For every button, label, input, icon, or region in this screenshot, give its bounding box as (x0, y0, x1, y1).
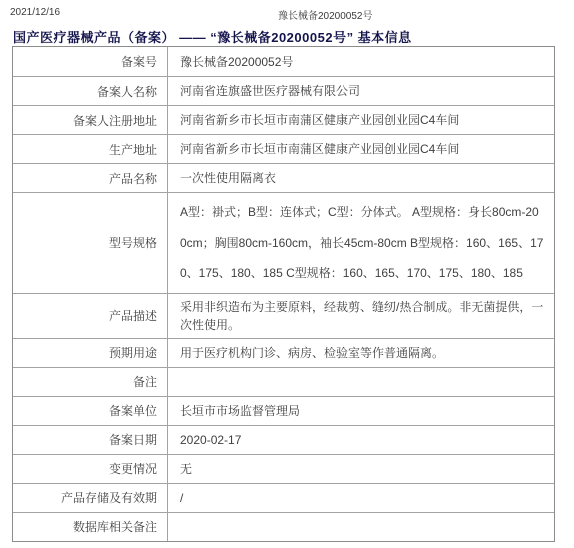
row-value: 豫长械备20200052号 (168, 47, 554, 76)
table-row-product-description: 产品描述 采用非织造布为主要原料，经裁剪、缝纫/热合制成。非无菌提供，一次性使用… (13, 293, 554, 338)
table-row-change-status: 变更情况 无 (13, 454, 554, 483)
row-value: 一次性使用隔离衣 (168, 164, 554, 192)
row-label: 产品描述 (13, 294, 168, 338)
row-value: 河南省新乡市长垣市南蒲区健康产业园创业园C4车间 (168, 135, 554, 163)
row-label: 备案日期 (13, 426, 168, 454)
table-row-remarks: 备注 (13, 367, 554, 396)
table-row-filing-authority: 备案单位 长垣市市场监督管理局 (13, 396, 554, 425)
table-row-filing-date: 备案日期 2020-02-17 (13, 425, 554, 454)
row-value (168, 368, 554, 396)
table-row-registered-address: 备案人注册地址 河南省新乡市长垣市南蒲区健康产业园创业园C4车间 (13, 105, 554, 134)
registration-info-table: 备案号 豫长械备20200052号 备案人名称 河南省连旗盛世医疗器械有限公司 … (12, 46, 555, 542)
print-date: 2021/12/16 (10, 7, 60, 18)
row-value: 无 (168, 455, 554, 483)
table-row-record-number: 备案号 豫长械备20200052号 (13, 47, 554, 76)
table-row-storage-validity: 产品存储及有效期 / (13, 483, 554, 512)
row-label: 预期用途 (13, 339, 168, 367)
page-title: 国产医疗器械产品（备案） —— “豫长械备20200052号” 基本信息 (13, 27, 560, 46)
table-row-database-remarks: 数据库相关备注 (13, 512, 554, 541)
row-label: 变更情况 (13, 455, 168, 483)
row-value: 长垣市市场监督管理局 (168, 397, 554, 425)
row-value (168, 513, 554, 541)
row-value: A型：褂式；B型：连体式；C型：分体式。 A型规格：身长80cm-200cm；胸… (168, 193, 554, 293)
row-label: 备案号 (13, 47, 168, 76)
row-value: / (168, 484, 554, 512)
row-value: 河南省连旗盛世医疗器械有限公司 (168, 77, 554, 105)
row-value: 2020-02-17 (168, 426, 554, 454)
print-doc-number: 豫长械备20200052号 (278, 7, 373, 22)
row-value: 采用非织造布为主要原料，经裁剪、缝纫/热合制成。非无菌提供，一次性使用。 (168, 294, 554, 338)
row-label: 型号规格 (13, 193, 168, 293)
table-row-model-spec: 型号规格 A型：褂式；B型：连体式；C型：分体式。 A型规格：身长80cm-20… (13, 192, 554, 293)
row-label: 数据库相关备注 (13, 513, 168, 541)
row-label: 生产地址 (13, 135, 168, 163)
row-label: 备案人注册地址 (13, 106, 168, 134)
row-label: 备案单位 (13, 397, 168, 425)
row-label: 备注 (13, 368, 168, 396)
row-value: 河南省新乡市长垣市南蒲区健康产业园创业园C4车间 (168, 106, 554, 134)
row-label: 备案人名称 (13, 77, 168, 105)
table-row-production-address: 生产地址 河南省新乡市长垣市南蒲区健康产业园创业园C4车间 (13, 134, 554, 163)
row-label: 产品名称 (13, 164, 168, 192)
table-row-intended-use: 预期用途 用于医疗机构门诊、病房、检验室等作普通隔离。 (13, 338, 554, 367)
table-row-product-name: 产品名称 一次性使用隔离衣 (13, 163, 554, 192)
document-page: 2021/12/16 豫长械备20200052号 国产医疗器械产品（备案） ——… (0, 0, 574, 548)
row-label: 产品存储及有效期 (13, 484, 168, 512)
table-row-registrant-name: 备案人名称 河南省连旗盛世医疗器械有限公司 (13, 76, 554, 105)
print-header: 2021/12/16 豫长械备20200052号 (0, 7, 574, 21)
row-value: 用于医疗机构门诊、病房、检验室等作普通隔离。 (168, 339, 554, 367)
